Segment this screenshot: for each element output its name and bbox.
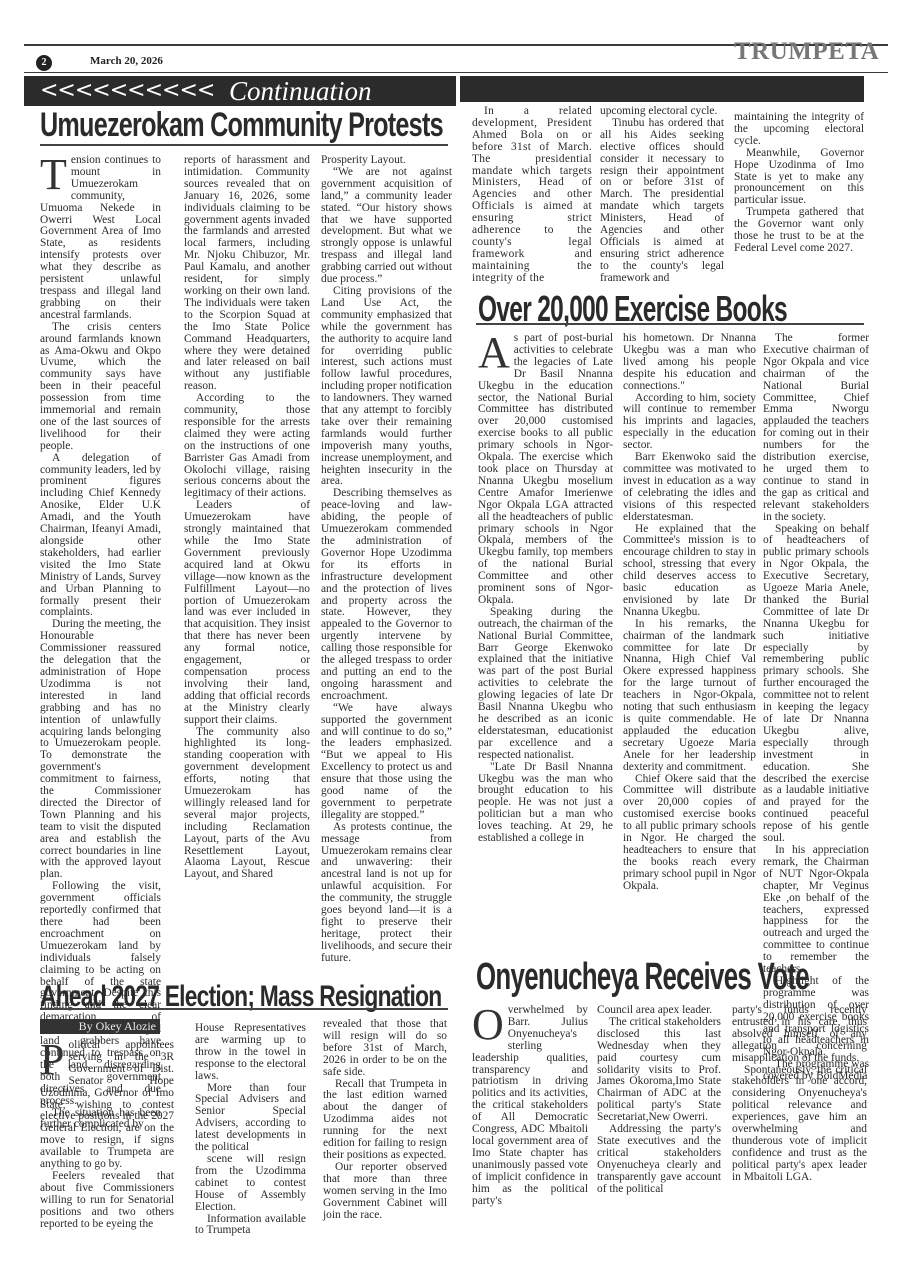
paragraph: Feelers revealed that about five Commiss… xyxy=(40,1171,174,1231)
vote-column-1: Overwhelmed by Barr. Julius Onyenucheya'… xyxy=(472,1005,588,1207)
paragraph: Trumpeta gathered that the Governor want… xyxy=(734,207,864,255)
related-column-3: maintaining the integrity of the upcomin… xyxy=(734,112,864,255)
paragraph: scene will resign from the Uzodimma cabi… xyxy=(195,1154,306,1214)
books-column-1: As part of post-burial activities to cel… xyxy=(478,333,613,845)
byline: By Okey Alozie xyxy=(40,1019,160,1034)
related-column-1: In a related development, President Ahme… xyxy=(472,106,592,285)
paragraph: Barr Ekenwoko said the committee was mot… xyxy=(623,452,756,523)
header-rule xyxy=(24,72,888,73)
masthead-logo: TRUMPETA xyxy=(734,38,879,66)
paragraph: According to him, society will continue … xyxy=(623,393,756,453)
page-number-badge: 2 xyxy=(36,55,52,71)
paragraph: Meanwhile, Governor Hope Uzodinma of Imo… xyxy=(734,148,864,208)
protests-col1-paragraph-0: Tension continues to mount in Umuezeroka… xyxy=(40,155,161,322)
paragraph: Speaking during the outreach, the chairm… xyxy=(478,607,613,762)
dropcap: O xyxy=(472,1007,504,1043)
paragraph: In a related development, President Ahme… xyxy=(472,106,592,285)
continuation-label: Continuation xyxy=(229,76,372,107)
paragraph: As part of post-burial activities to cel… xyxy=(478,333,613,607)
dropcap: A xyxy=(478,335,510,371)
paragraph: Information available to Trumpeta xyxy=(195,1214,306,1238)
paragraph: The critical stakeholders disclosed this… xyxy=(597,1017,721,1124)
paragraph: his hometown. Dr Nnanna Ukegbu was a man… xyxy=(623,333,756,393)
paragraph: “We are not against government acquisiti… xyxy=(321,167,452,286)
continuation-arrows: <<<<<<<<<< xyxy=(40,78,214,103)
books-column-2: his hometown. Dr Nnanna Ukegbu was a man… xyxy=(623,333,756,893)
vote-column-2: Council area apex leader. The critical s… xyxy=(597,1005,721,1196)
headline-underline xyxy=(40,1008,448,1010)
paragraph: In his remarks, the chairman of the land… xyxy=(623,619,756,774)
protests-column-3: Prosperity Layout. “We are not against g… xyxy=(321,155,452,965)
resignation-column-2: House Representatives are warming up to … xyxy=(195,1023,306,1237)
paragraph: Describing themselves as peace-loving an… xyxy=(321,488,452,702)
headline-protests: Umuezerokam Community Protests xyxy=(40,106,443,145)
resignation-column-1: Political appointees serving in the 3R G… xyxy=(40,1040,174,1231)
paragraph: maintaining the integrity of the upcomin… xyxy=(734,112,864,148)
dropcap: T xyxy=(40,157,67,193)
paragraph: Addressing the party's State executives … xyxy=(597,1124,721,1195)
headline-onyenucheya: Onyenucheya Receives Vote xyxy=(476,956,809,999)
paragraph: Political appointees serving in the 3R G… xyxy=(40,1040,174,1171)
headline-underline xyxy=(40,144,448,146)
paragraph: revealed that those that will resign wil… xyxy=(323,1019,447,1079)
protests-column-2: reports of harassment and intimidation. … xyxy=(184,155,310,881)
resignation-column-3: revealed that those that will resign wil… xyxy=(323,1019,447,1221)
paragraph: "Late Dr Basil Nnanna Ukegbu was the man… xyxy=(478,762,613,845)
paragraph: A delegation of community leaders, led b… xyxy=(40,453,161,620)
dropcap: P xyxy=(40,1042,64,1078)
paragraph: Spontaneously, the critical stakeholders… xyxy=(732,1065,867,1184)
paragraph: Tinubu has ordered that all his Aides se… xyxy=(600,118,724,285)
continuation-banner: <<<<<<<<<< Continuation xyxy=(24,76,456,106)
paragraph: Speaking on behalf of headteachers of pu… xyxy=(763,524,869,845)
paragraph: party's funds recently entrusted in his … xyxy=(732,1005,867,1065)
paragraph: Overwhelmed by Barr. Julius Onyenucheya'… xyxy=(472,1005,588,1207)
paragraph: As protests continue, the message from U… xyxy=(321,822,452,965)
paragraph: Citing provisions of the Land Use Act, t… xyxy=(321,286,452,488)
paragraph: Recall that Trumpeta in the last edition… xyxy=(323,1079,447,1162)
paragraph: “We have always supported the government… xyxy=(321,703,452,822)
related-column-2: upcoming electoral cycle. Tinubu has ord… xyxy=(600,106,724,285)
headline-underline xyxy=(476,323,864,325)
top-dark-bar xyxy=(460,76,864,102)
issue-date: March 20, 2026 xyxy=(90,55,163,67)
paragraph: The crisis centers around farmlands know… xyxy=(40,322,161,453)
paragraph: During the meeting, the Honourable Commi… xyxy=(40,619,161,881)
paragraph: The community also highlighted its long-… xyxy=(184,727,310,882)
paragraph: According to the community, those respon… xyxy=(184,393,310,500)
paragraph: He explained that the Committee's missio… xyxy=(623,524,756,619)
paragraph: Chief Okere said that the Committee will… xyxy=(623,774,756,893)
paragraph: The former Executive chairman of Ngor Ok… xyxy=(763,333,869,524)
paragraph: Leaders of Umuezerokam have strongly mai… xyxy=(184,500,310,726)
vote-column-3: party's funds recently entrusted in his … xyxy=(732,1005,867,1184)
paragraph: More than four Special Advisers and Seni… xyxy=(195,1083,306,1154)
paragraph: Our reporter observed that more than thr… xyxy=(323,1162,447,1222)
paragraph: House Representatives are warming up to … xyxy=(195,1023,306,1083)
paragraph: reports of harassment and intimidation. … xyxy=(184,155,310,393)
